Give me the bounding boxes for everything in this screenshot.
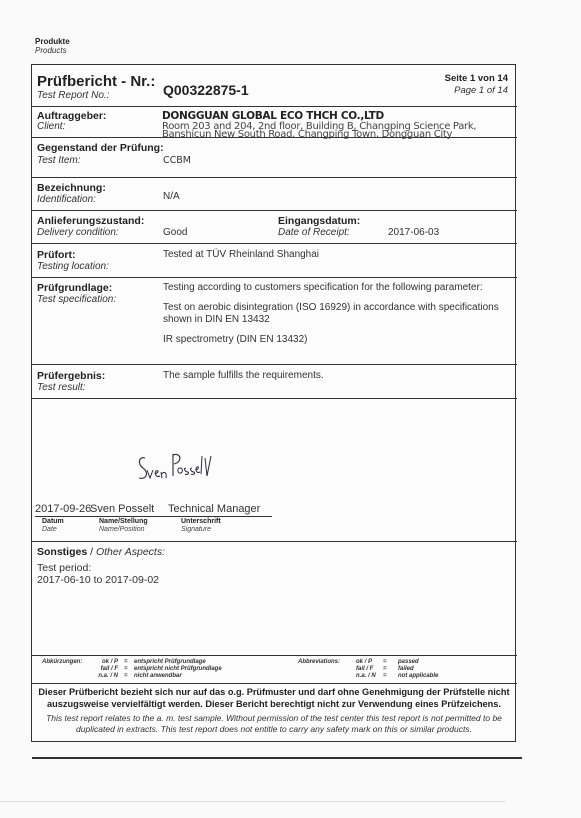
date-label-de: Datum xyxy=(42,518,64,525)
result-value: The sample fulfills the requirements. xyxy=(163,370,324,381)
divider xyxy=(31,210,517,211)
other-label-en: Other Aspects: xyxy=(96,546,165,558)
identification-label-en: Identification: xyxy=(37,194,96,205)
signature-icon xyxy=(135,450,215,490)
abbr-code: ok / P xyxy=(356,659,372,666)
test-item-label-de: Gegenstand der Prüfung: xyxy=(37,142,164,154)
signature-rule xyxy=(35,516,272,517)
divider xyxy=(31,655,517,656)
divider xyxy=(31,277,517,278)
signature-label-de: Unterschrift xyxy=(181,518,221,525)
divider xyxy=(31,177,517,178)
divider xyxy=(31,398,517,399)
test-item-value: CCBM xyxy=(163,155,191,166)
abbr-code: fail / F xyxy=(356,666,373,673)
abbr-meaning: entspricht Prüfgrundlage xyxy=(134,659,206,666)
abbr-meaning: failed xyxy=(398,666,414,673)
specification-line: Test on aerobic disintegration (ISO 1692… xyxy=(163,302,499,313)
receipt-date: 2017-06-03 xyxy=(388,227,439,238)
identification-label-de: Bezeichnung: xyxy=(37,182,106,194)
abbr-eq: = xyxy=(383,666,387,673)
abbr-meaning: nicht anwendbar xyxy=(134,673,182,680)
abbreviations-label-de: Abkürzungen: xyxy=(42,659,82,666)
specification-line: shown in DIN EN 13432 xyxy=(163,314,270,325)
test-period-value: 2017-06-10 to 2017-09-02 xyxy=(37,574,159,586)
page-edge xyxy=(0,801,506,802)
signature-position: Technical Manager xyxy=(168,503,260,515)
abbr-eq: = xyxy=(124,673,128,680)
name-label-de: Name/Stellung xyxy=(99,518,148,525)
category-label-de: Produkte xyxy=(35,37,70,46)
receipt-label-de: Eingangsdatum: xyxy=(278,215,360,227)
disclaimer-de-line: auszugsweise vervielfältigt werden. Dies… xyxy=(36,698,512,710)
signature-label-en: Signature xyxy=(181,526,211,533)
divider xyxy=(31,243,517,244)
specification-label-en: Test specification: xyxy=(37,294,116,305)
divider xyxy=(31,364,517,365)
delivery-value: Good xyxy=(163,227,187,238)
location-label-de: Prüfort: xyxy=(37,249,76,261)
divider xyxy=(31,541,517,542)
specification-line: IR spectrometry (DIN EN 13432) xyxy=(163,334,308,345)
disclaimer-de-line: Dieser Prüfbericht bezieht sich nur auf … xyxy=(36,686,512,698)
page-indicator-en: Page 1 of 14 xyxy=(380,85,508,96)
abbr-meaning: entspricht nicht Prüfgrundlage xyxy=(134,666,222,673)
signature-name: Sven Posselt xyxy=(90,503,154,515)
abbr-code: fail / F xyxy=(100,666,118,673)
report-title-en: Test Report No.: xyxy=(37,90,109,101)
receipt-label-en: Date of Receipt: xyxy=(278,227,350,238)
test-item-label-en: Test Item: xyxy=(37,155,81,166)
delivery-label-en: Delivery condition: xyxy=(37,227,119,238)
footer-rule xyxy=(32,757,522,759)
client-address-line2: Banshicun New South Road, Changping Town… xyxy=(162,129,452,140)
page-indicator-de: Seite 1 von 14 xyxy=(380,73,508,84)
abbr-eq: = xyxy=(124,666,128,673)
result-label-de: Prüfergebnis: xyxy=(37,370,105,382)
delivery-label-de: Anlieferungszustand: xyxy=(37,215,144,227)
abbr-code: n.a. / N xyxy=(97,673,118,680)
test-period-label: Test period: xyxy=(37,562,91,574)
divider xyxy=(31,683,517,684)
name-label-en: Name/Position xyxy=(99,526,145,533)
client-label-en: Client: xyxy=(37,121,65,132)
other-aspects-heading: Sonstiges / Other Aspects: xyxy=(37,546,165,558)
identification-value: N/A xyxy=(163,191,180,202)
disclaimer-en-line: duplicated in extracts. This test report… xyxy=(36,724,512,735)
abbr-eq: = xyxy=(383,659,387,666)
disclaimer-de: Dieser Prüfbericht bezieht sich nur auf … xyxy=(36,686,512,710)
disclaimer-en: This test report relates to the a. m. te… xyxy=(36,713,512,735)
category-label-en: Products xyxy=(35,46,67,55)
abbreviations-label-en: Abbreviations: xyxy=(298,659,340,666)
abbr-meaning: passed xyxy=(398,659,419,666)
abbr-code: ok / P xyxy=(100,659,118,666)
specification-label-de: Prüfgrundlage: xyxy=(37,282,112,294)
other-separator: / xyxy=(87,546,96,558)
other-label-de: Sonstiges xyxy=(37,546,87,558)
disclaimer-en-line: This test report relates to the a. m. te… xyxy=(36,713,512,724)
signature-date: 2017-09-26 xyxy=(35,503,91,515)
result-label-en: Test result: xyxy=(37,382,86,393)
location-label-en: Testing location: xyxy=(37,261,109,272)
report-number: Q00322875-1 xyxy=(163,82,249,98)
location-value: Tested at TÜV Rheinland Shanghai xyxy=(163,249,319,260)
specification-line: Testing according to customers specifica… xyxy=(163,282,483,293)
report-frame xyxy=(31,64,516,742)
date-label-en: Date xyxy=(42,526,57,533)
divider xyxy=(31,106,517,107)
abbr-code: n.a. / N xyxy=(356,673,376,680)
abbr-eq: = xyxy=(124,659,128,666)
report-title-de: Prüfbericht - Nr.: xyxy=(37,73,155,90)
abbr-eq: = xyxy=(383,673,387,680)
abbr-meaning: not applicable xyxy=(398,673,438,680)
